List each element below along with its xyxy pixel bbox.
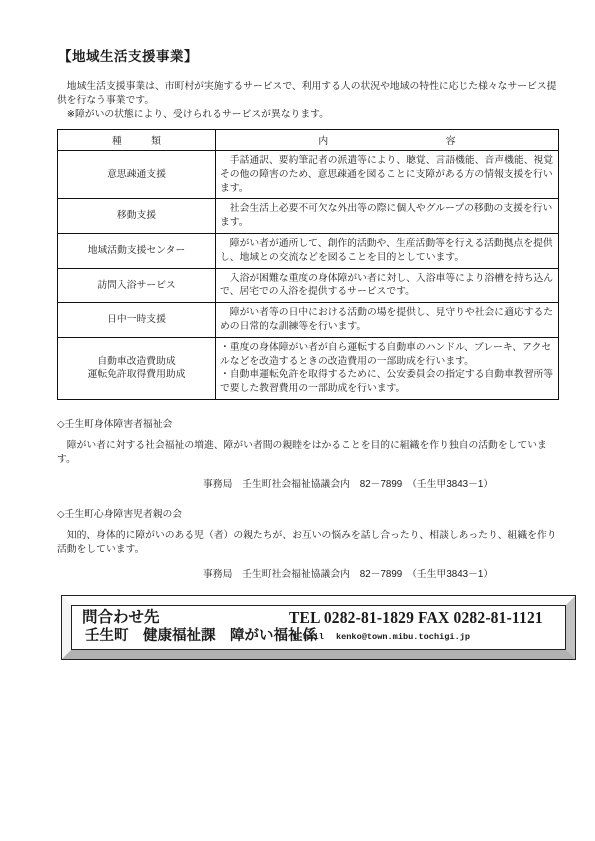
service-type: 地域活動支援センター — [58, 233, 216, 268]
services-table-body: 意思疎通支援 手話通訳、要約筆記者の派遣等により、聴覚、言語機能、音声機能、視覚… — [58, 151, 559, 400]
contact-left-column: 問合わせ先 壬生町 健康福祉課 障がい福祉係 — [82, 608, 287, 646]
header-row: 種 類 内 容 — [58, 130, 559, 151]
table-row: 意思疎通支援 手話通訳、要約筆記者の派遣等により、聴覚、言語機能、音声機能、視覚… — [58, 151, 559, 199]
column-header-type: 種 類 — [58, 130, 216, 151]
contact-box-inner: 問合わせ先 壬生町 健康福祉課 障がい福祉係 TEL 0282-81-1829 … — [71, 605, 566, 650]
column-header-desc: 内 容 — [216, 130, 559, 151]
page-title: 【地域生活支援事業】 — [58, 45, 557, 65]
section-heading: ◇壬生町心身障害児者親の会 — [57, 506, 557, 520]
contact-department: 壬生町 健康福祉課 障がい福祉係 — [82, 627, 287, 646]
service-type: 訪問入浴サービス — [58, 268, 216, 303]
service-desc: 入浴が困難な重度の身体障がい者に対し、入浴車等により浴槽を持ち込んで、居宅での入… — [216, 268, 559, 303]
email-label: E-mail — [293, 632, 324, 642]
service-type: 日中一時支援 — [58, 303, 216, 338]
section-office-line: 事務局 壬生町社会福祉協議会内 82－7899 （壬生甲3843－1） — [57, 476, 557, 490]
contact-box: 問合わせ先 壬生町 健康福祉課 障がい福祉係 TEL 0282-81-1829 … — [62, 596, 575, 659]
intro-paragraph: 地域生活支援事業は、市町村が実施するサービスで、利用する人の状況や地域の特性に応… — [57, 80, 557, 108]
service-desc: ・重度の身体障がい者が自ら運転する自動車のハンドル、ブレーキ、アクセルなどを改造… — [216, 337, 559, 399]
section-heading: ◇壬生町身体障害者福祉会 — [57, 416, 557, 430]
table-row: 日中一時支援 障がい者等の日中における活動の場を提供し、見守りや社会に適応するた… — [58, 303, 559, 338]
section-shintai-fukushikai: ◇壬生町身体障害者福祉会 障がい者に対する社会福祉の増進、障がい者間の親睦をはか… — [57, 416, 557, 490]
section-shinshin-oyanokai: ◇壬生町心身障害児者親の会 知的、身体的に障がいのある児（者）の親たちが、お互い… — [57, 506, 557, 580]
service-desc: 手話通訳、要約筆記者の派遣等により、聴覚、言語機能、音声機能、視覚その他の障害の… — [216, 151, 559, 199]
note-line: ※障がいの状態により、受けられるサービスが異なります。 — [57, 108, 557, 122]
service-desc: 障がい者が通所して、創作的活動や、生産活動等を行える活動拠点を提供し、地域との交… — [216, 233, 559, 268]
service-type: 移動支援 — [58, 199, 216, 234]
service-type: 意思疎通支援 — [58, 151, 216, 199]
contact-tel-fax: TEL 0282-81-1829 FAX 0282-81-1121 — [289, 608, 559, 629]
section-body: 知的、身体的に障がいのある児（者）の親たちが、お互いの悩みを話し合ったり、相談し… — [57, 529, 557, 557]
contact-label: 問合わせ先 — [82, 608, 287, 627]
table-row: 自動車改造費助成 運転免許取得費用助成 ・重度の身体障がい者が自ら運転する自動車… — [58, 337, 559, 399]
table-row: 移動支援 社会生活上必要不可欠な外出等の際に個人やグループの移動の支援を行います… — [58, 199, 559, 234]
section-body: 障がい者に対する社会福祉の増進、障がい者間の親睦をはかることを目的に組織を作り独… — [57, 439, 557, 467]
service-type: 自動車改造費助成 運転免許取得費用助成 — [58, 337, 216, 399]
contact-email-line: E-mailkenko@town.mibu.tochigi.jp — [289, 630, 559, 644]
email-address: kenko@town.mibu.tochigi.jp — [336, 632, 470, 642]
services-table-header: 種 類 内 容 — [58, 130, 559, 151]
table-row: 訪問入浴サービス 入浴が困難な重度の身体障がい者に対し、入浴車等により浴槽を持ち… — [58, 268, 559, 303]
contact-right-column: TEL 0282-81-1829 FAX 0282-81-1121 E-mail… — [287, 608, 559, 644]
table-row: 地域活動支援センター 障がい者が通所して、創作的活動や、生産活動等を行える活動拠… — [58, 233, 559, 268]
service-desc: 障がい者等の日中における活動の場を提供し、見守りや社会に適応するための日常的な訓… — [216, 303, 559, 338]
section-office-line: 事務局 壬生町社会福祉協議会内 82－7899 （壬生甲3843－1） — [57, 566, 557, 580]
services-table: 種 類 内 容 意思疎通支援 手話通訳、要約筆記者の派遣等により、聴覚、言語機能… — [57, 129, 559, 400]
document-page: 【地域生活支援事業】 地域生活支援事業は、市町村が実施するサービスで、利用する人… — [0, 0, 595, 841]
service-desc: 社会生活上必要不可欠な外出等の際に個人やグループの移動の支援を行います。 — [216, 199, 559, 234]
